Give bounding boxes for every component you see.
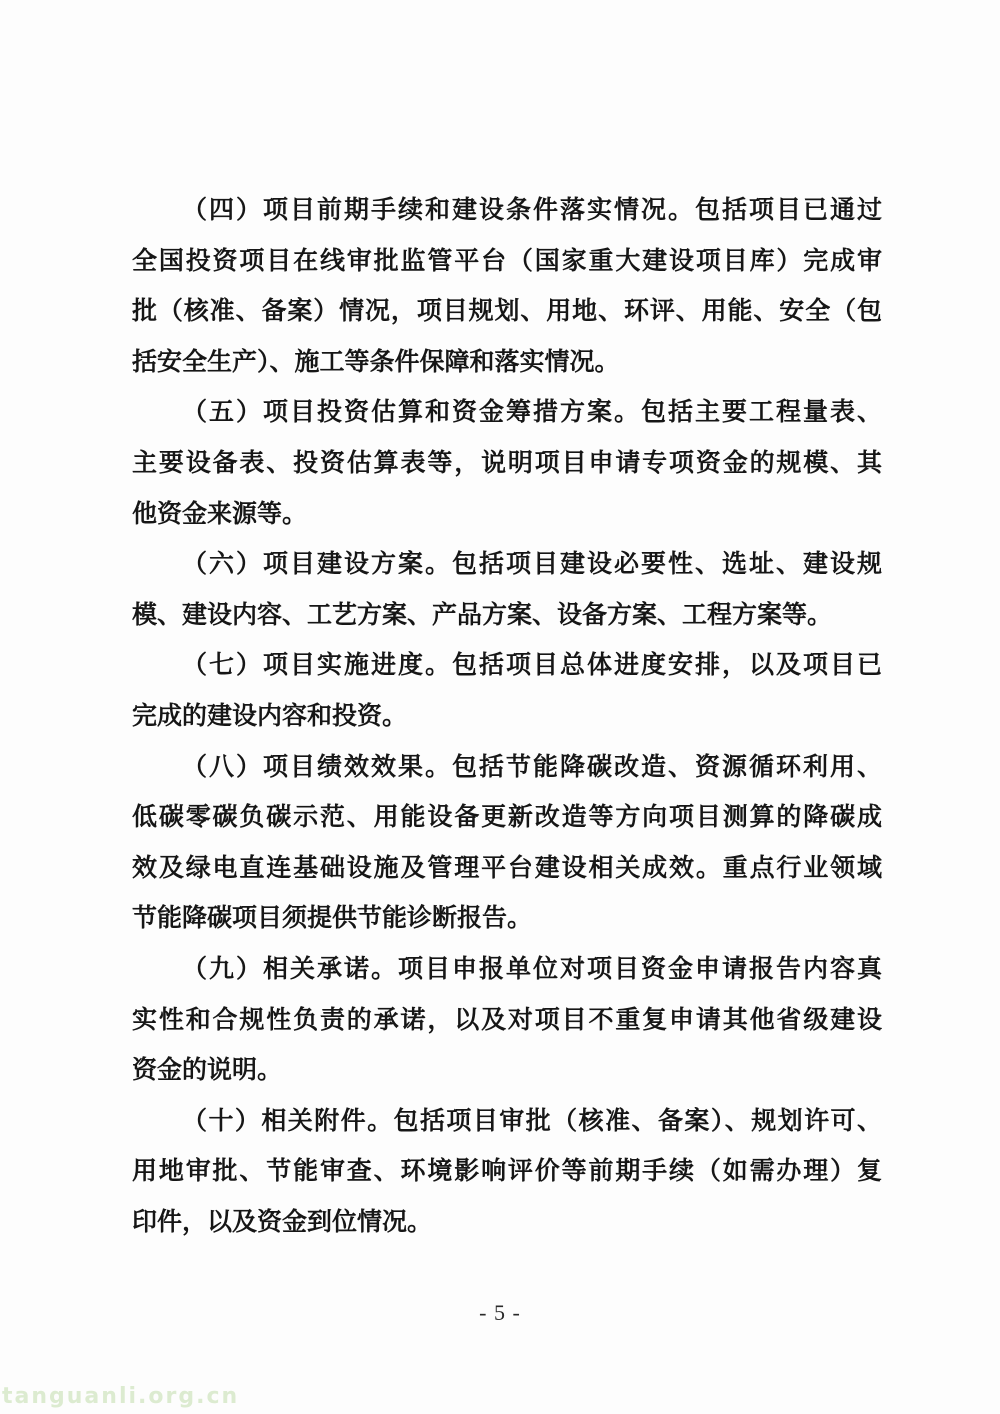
text-line: 模、建设内容、工艺方案、产品方案、设备方案、工程方案等。: [132, 590, 882, 641]
text-line: 用地审批、节能审查、环境影响评价等前期手续（如需办理）复: [132, 1146, 882, 1197]
paragraph: （八）项目绩效效果。包括节能降碳改造、资源循环利用、低碳零碳负碳示范、用能设备更…: [132, 742, 882, 944]
text-line: 他资金来源等。: [132, 489, 882, 540]
text-line: 资金的说明。: [132, 1045, 882, 1096]
paragraph: （五）项目投资估算和资金筹措方案。包括主要工程量表、主要设备表、投资估算表等，说…: [132, 387, 882, 539]
text-line: （四）项目前期手续和建设条件落实情况。包括项目已通过: [132, 185, 882, 236]
paragraph: （六）项目建设方案。包括项目建设必要性、选址、建设规模、建设内容、工艺方案、产品…: [132, 539, 882, 640]
text-line: 括安全生产）、施工等条件保障和落实情况。: [132, 337, 882, 388]
text-line: 批（核准、备案）情况，项目规划、用地、环评、用能、安全（包: [132, 286, 882, 337]
watermark-text: tanguanli.org.cn: [2, 1384, 239, 1409]
text-line: （七）项目实施进度。包括项目总体进度安排，以及项目已: [132, 640, 882, 691]
text-line: 完成的建设内容和投资。: [132, 691, 882, 742]
text-line: 节能降碳项目须提供节能诊断报告。: [132, 893, 882, 944]
paragraph: （七）项目实施进度。包括项目总体进度安排，以及项目已完成的建设内容和投资。: [132, 640, 882, 741]
text-line: （九）相关承诺。项目申报单位对项目资金申请报告内容真: [132, 944, 882, 995]
text-line: （六）项目建设方案。包括项目建设必要性、选址、建设规: [132, 539, 882, 590]
text-line: 全国投资项目在线审批监管平台（国家重大建设项目库）完成审: [132, 236, 882, 287]
document-page: （四）项目前期手续和建设条件落实情况。包括项目已通过全国投资项目在线审批监管平台…: [0, 0, 1000, 1414]
text-line: （五）项目投资估算和资金筹措方案。包括主要工程量表、: [132, 387, 882, 438]
text-line: （十）相关附件。包括项目审批（核准、备案）、规划许可、: [132, 1096, 882, 1147]
paragraph: （四）项目前期手续和建设条件落实情况。包括项目已通过全国投资项目在线审批监管平台…: [132, 185, 882, 387]
document-body: （四）项目前期手续和建设条件落实情况。包括项目已通过全国投资项目在线审批监管平台…: [132, 185, 882, 1247]
text-line: 主要设备表、投资估算表等，说明项目申请专项资金的规模、其: [132, 438, 882, 489]
paragraph: （十）相关附件。包括项目审批（核准、备案）、规划许可、用地审批、节能审查、环境影…: [132, 1096, 882, 1248]
text-line: 实性和合规性负责的承诺，以及对项目不重复申请其他省级建设: [132, 995, 882, 1046]
page-number: - 5 -: [0, 1300, 1000, 1326]
paragraph: （九）相关承诺。项目申报单位对项目资金申请报告内容真实性和合规性负责的承诺，以及…: [132, 944, 882, 1096]
text-line: 低碳零碳负碳示范、用能设备更新改造等方向项目测算的降碳成: [132, 792, 882, 843]
text-line: 印件，以及资金到位情况。: [132, 1197, 882, 1248]
text-line: 效及绿电直连基础设施及管理平台建设相关成效。重点行业领域: [132, 843, 882, 894]
text-line: （八）项目绩效效果。包括节能降碳改造、资源循环利用、: [132, 742, 882, 793]
